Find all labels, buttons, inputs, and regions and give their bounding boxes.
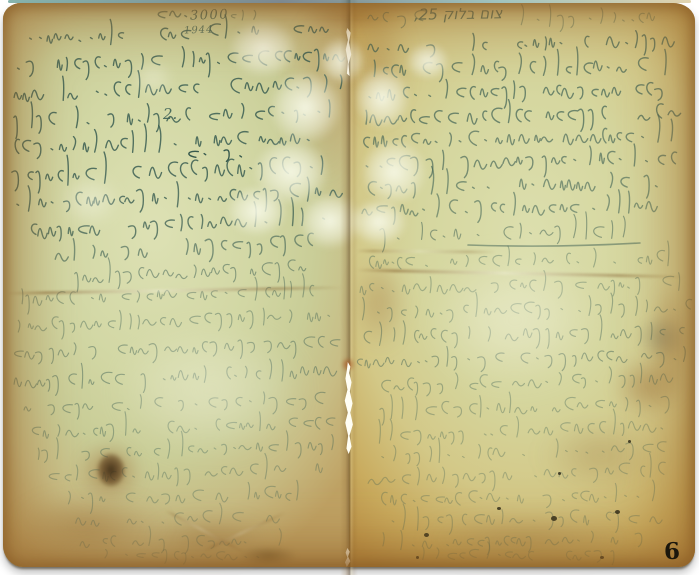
ink-speckle bbox=[558, 472, 561, 475]
page-number: 6 bbox=[664, 538, 681, 566]
left-page bbox=[3, 3, 349, 567]
ink-speckle bbox=[424, 533, 429, 537]
scanned-manuscript-photo: 3000 1944 2. צום בלוק 25, bbox=[0, 0, 699, 575]
ink-speckle bbox=[416, 556, 419, 559]
right-page bbox=[349, 3, 695, 567]
ink-speckle bbox=[628, 440, 631, 443]
ink-speckle bbox=[551, 516, 557, 521]
scan-edge-line bbox=[8, 0, 691, 3]
ink-speckle bbox=[615, 510, 620, 514]
ink-speckle bbox=[600, 556, 604, 559]
manuscript-paper bbox=[3, 3, 695, 567]
ink-speckle bbox=[497, 507, 501, 510]
